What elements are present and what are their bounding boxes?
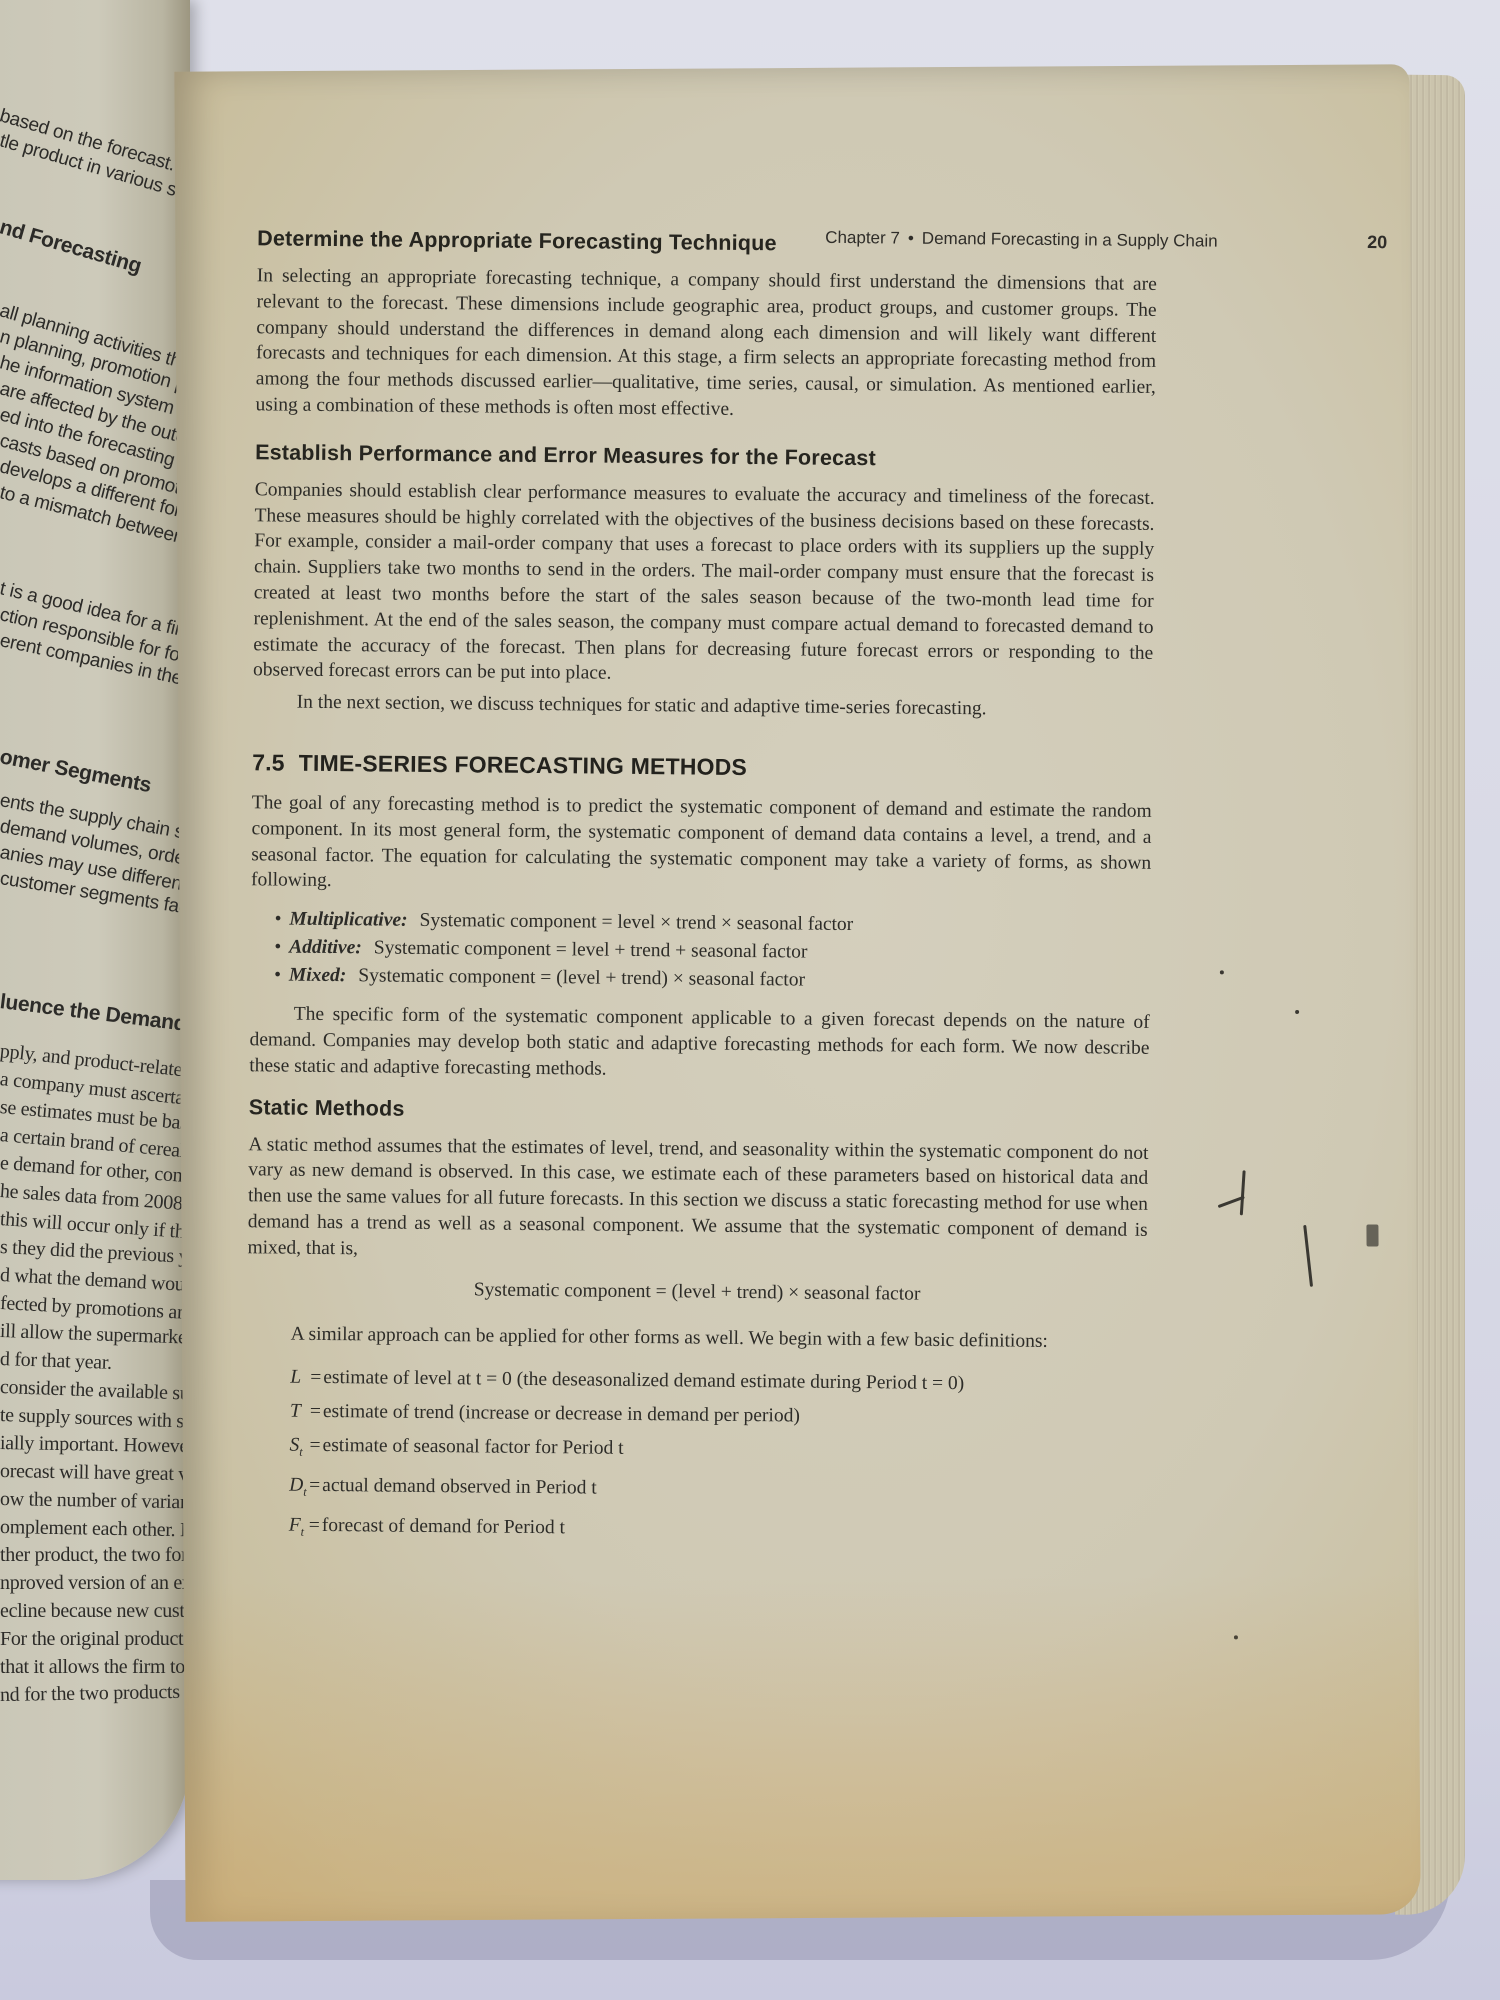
left-page-heading: nd Forecasting (0, 215, 144, 278)
left-page-line: nproved version of an existing product (0, 1572, 190, 1595)
left-page-line: omplement each other. If demand for (0, 1516, 190, 1544)
left-page-line: ow the number of variants of a product (0, 1488, 190, 1516)
left-page-line: ecline because new customers will (0, 1600, 190, 1623)
left-page-line: that it allows the firm to estimate (0, 1656, 190, 1679)
form-label: Mixed: (289, 965, 347, 987)
form-label: Multiplicative: (289, 909, 407, 931)
form-label: Additive: (289, 937, 362, 959)
left-page-line: orecast will have great value (0, 1460, 190, 1487)
left-page-line: d for that year. (0, 1348, 112, 1375)
left-page-line: consider the available supply and (0, 1376, 190, 1408)
definition-forecast: Ft=forecast of demand for Period t (289, 1509, 1145, 1557)
ink-dot (1220, 970, 1224, 974)
pen-smudge (1366, 1224, 1378, 1246)
ink-dot (1234, 1635, 1238, 1639)
symbol-F: Ft (289, 1509, 307, 1549)
left-page: based on the forecast. Failure totle pro… (0, 0, 190, 1880)
definition-text: forecast of demand for Period t (322, 1515, 565, 1538)
pen-mark (1240, 1170, 1246, 1215)
left-page-heading: omer Segments (0, 745, 153, 798)
left-page-line: nd for the two products should be (0, 1679, 190, 1707)
section-number: 7.5 (252, 749, 285, 775)
symbol-S: St (289, 1429, 307, 1469)
form-formula: Systematic component = level × trend × s… (419, 910, 853, 935)
paragraph-next-section: In the next section, we discuss techniqu… (253, 689, 1153, 723)
section-heading-time-series: 7.5TIME-SERIES FORECASTING METHODS (252, 749, 1152, 785)
symbol-L: L (290, 1361, 308, 1395)
paragraph-forecasting-technique: In selecting an appropriate forecasting … (255, 263, 1156, 426)
definition-text: actual demand observed in Period t (322, 1475, 597, 1499)
paragraph-definitions-intro: A similar approach can be applied for ot… (247, 1321, 1147, 1355)
definition-text: estimate of level at t = 0 (the deseason… (323, 1367, 964, 1394)
left-page-line: For the original product is not made (0, 1628, 190, 1651)
equation-mixed: Systematic component = (level + trend) ×… (247, 1277, 1147, 1308)
symbol-D: Dt (289, 1469, 307, 1509)
form-formula: Systematic component = (level + trend) ×… (358, 965, 805, 990)
paragraph-specific-form: The specific form of the systematic comp… (249, 1001, 1150, 1087)
paragraph-static-methods: A static method assumes that the estimat… (247, 1132, 1148, 1270)
form-formula: Systematic component = level + trend + s… (374, 938, 808, 963)
pen-mark (1303, 1225, 1313, 1287)
section-title: TIME-SERIES FORECASTING METHODS (299, 750, 748, 780)
systematic-component-forms: •Multiplicative:Systematic component = l… (274, 906, 1151, 998)
ink-dot (1295, 1010, 1299, 1014)
right-page: Chapter 7•Demand Forecasting in a Supply… (174, 64, 1420, 1922)
left-page-line: te supply sources with short lead (0, 1404, 190, 1436)
paragraph-performance-measures: Companies should establish clear perform… (253, 477, 1155, 692)
page-content: Determine the Appropriate Forecasting Te… (245, 226, 1158, 1557)
paragraph-time-series-intro: The goal of any forecasting method is to… (251, 790, 1152, 902)
definition-text: estimate of seasonal factor for Period t (323, 1435, 624, 1459)
left-page-line: ially important. However, if major (0, 1432, 190, 1460)
left-page-line: ther product, the two forecasts are (0, 1544, 190, 1567)
bullet-icon: • (275, 909, 282, 930)
definitions-list: L=estimate of level at t = 0 (the deseas… (289, 1361, 1147, 1557)
definition-text: estimate of trend (increase or decrease … (323, 1401, 800, 1427)
bullet-icon: • (274, 937, 281, 958)
symbol-T: T (290, 1395, 308, 1429)
bullet-icon: • (274, 965, 281, 986)
left-page-heading: luence the Demand Forecast (0, 990, 190, 1048)
page-number: 20 (1367, 232, 1387, 253)
left-page-line: ill allow the supermarket to have (0, 1320, 190, 1352)
